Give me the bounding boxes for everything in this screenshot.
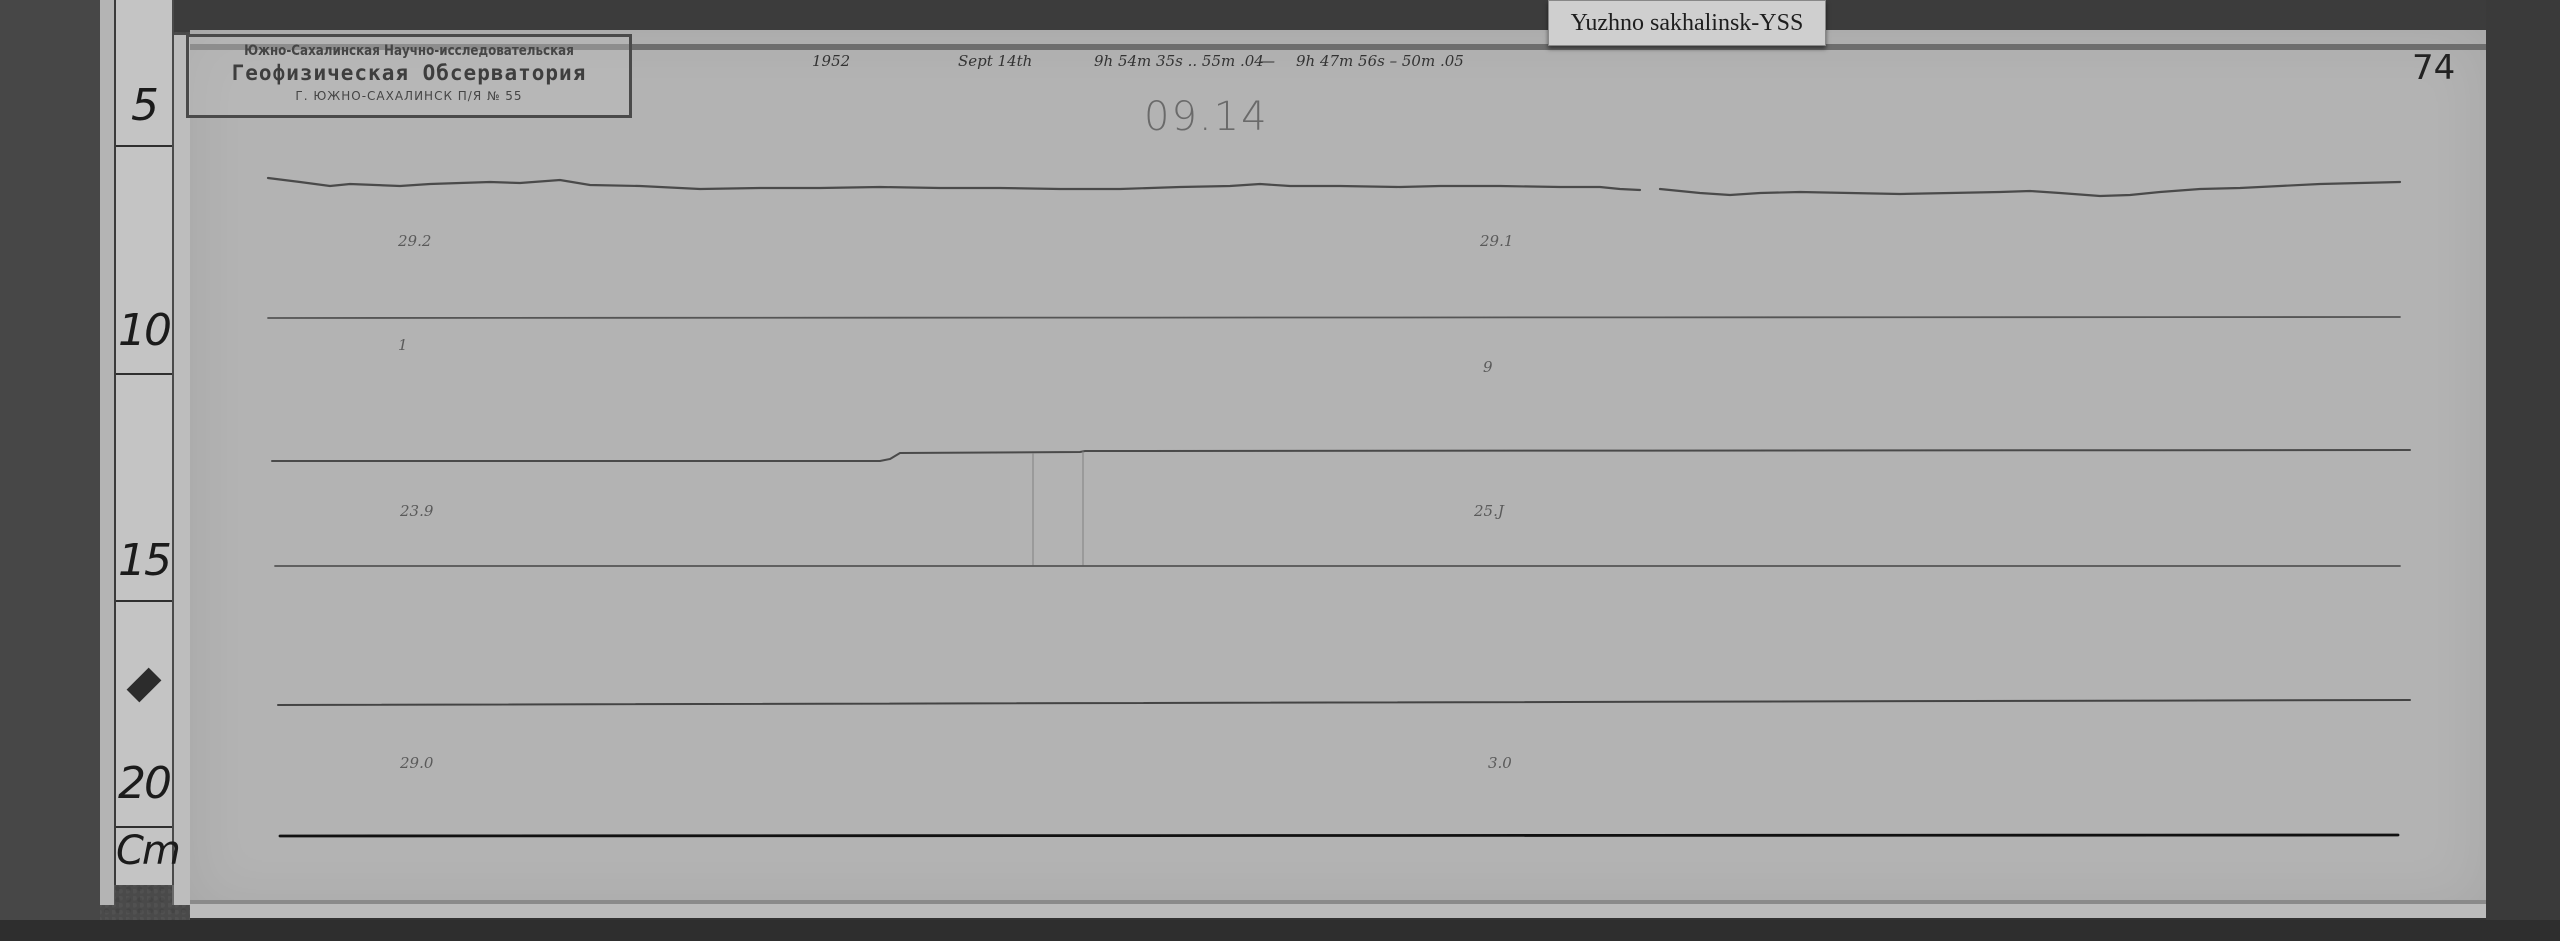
trace-line-3 [272, 450, 2410, 461]
trace-line-1 [268, 178, 2400, 196]
trace-line-6 [280, 835, 2398, 836]
trace-line-2 [268, 317, 2400, 318]
trace-line-5 [278, 700, 2410, 705]
seismogram-traces [0, 0, 2560, 941]
